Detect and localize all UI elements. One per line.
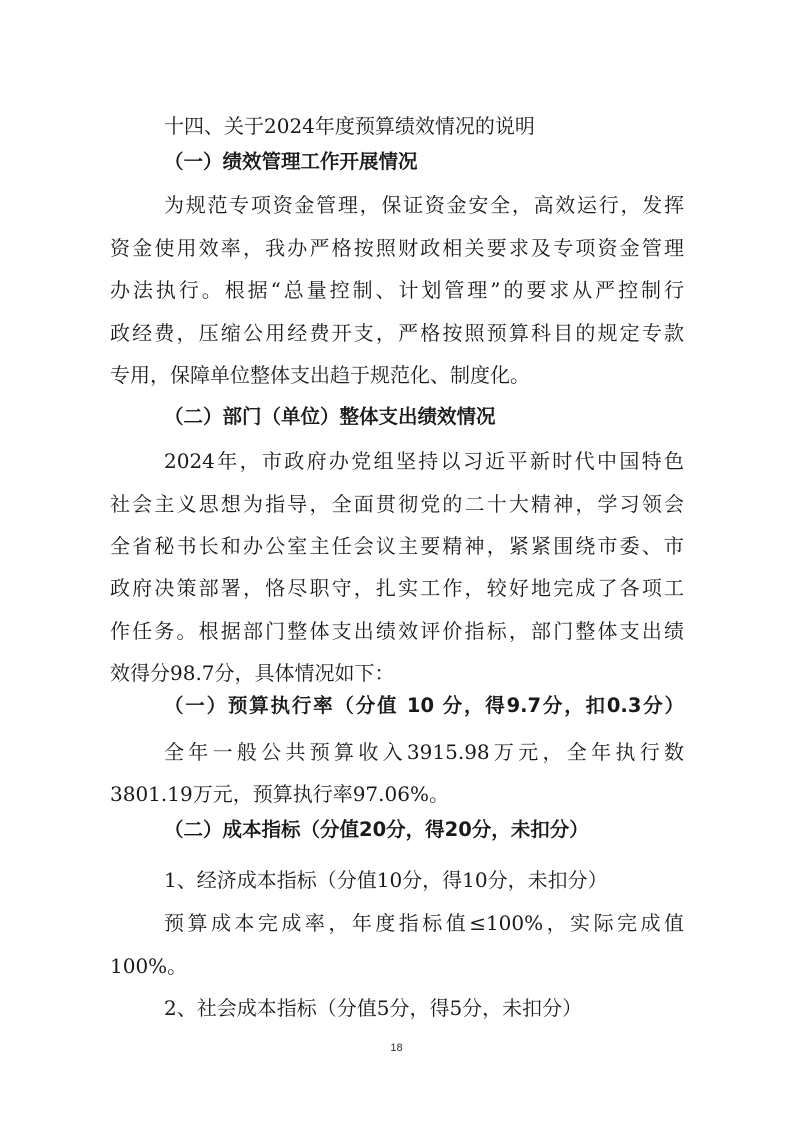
sub-indicator-heading: 2、社会成本指标（分值5分，得5分，未扣分） (164, 996, 582, 1020)
paragraph-line: 为规范专项资金管理，保证资金安全，高效运行，发挥 (164, 193, 684, 217)
paragraph-line: 100%。 (110, 954, 187, 978)
paragraph-line: 预算成本完成率，年度指标值≤100%，实际完成值 (164, 911, 684, 935)
paragraph-line: 效得分98.7分，具体情况如下： (110, 661, 395, 685)
paragraph-line: 3801.19万元，预算执行率97.06%。 (110, 782, 449, 806)
part1-heading: （一）绩效管理工作开展情况 (164, 150, 418, 174)
paragraph-line: 资金使用效率，我办严格按照财政相关要求及专项资金管理 (110, 236, 684, 260)
part2-heading: （二）部门（单位）整体支出绩效情况 (164, 405, 496, 429)
paragraph-line: 专用，保障单位整体支出趋于规范化、制度化。 (110, 363, 530, 387)
section-title: 十四、关于2024年度预算绩效情况的说明 (164, 114, 535, 138)
paragraph-line: 2024年，市政府办党组坚持以习近平新时代中国特色 (164, 449, 684, 473)
paragraph-line: 政经费，压缩公用经费开支，严格按照预算科目的规定专款 (110, 321, 684, 345)
sub-indicator-heading: 1、经济成本指标（分值10分，得10分，未扣分） (164, 868, 608, 892)
paragraph-line: 全年一般公共预算收入3915.98万元，全年执行数 (164, 740, 684, 764)
paragraph-line: 社会主义思想为指导，全面贯彻党的二十大精神，学习领会 (110, 492, 684, 516)
indicator2-heading: （二）成本指标（分值20分，得20分，未扣分） (164, 818, 589, 842)
indicator1-heading: （一）预算执行率（分值 10 分，得9.7分，扣0.3分） (164, 694, 684, 718)
paragraph-line: 全省秘书长和办公室主任会议主要精神，紧紧围绕市委、市 (110, 534, 684, 558)
paragraph-line: 作任务。根据部门整体支出绩效评价指标，部门整体支出绩 (110, 619, 684, 643)
page-number: 18 (0, 1042, 793, 1054)
paragraph-line: 办法执行。根据“总量控制、计划管理”的要求从严控制行 (110, 278, 684, 302)
paragraph-line: 政府决策部署，恪尽职守，扎实工作，较好地完成了各项工 (110, 576, 684, 600)
